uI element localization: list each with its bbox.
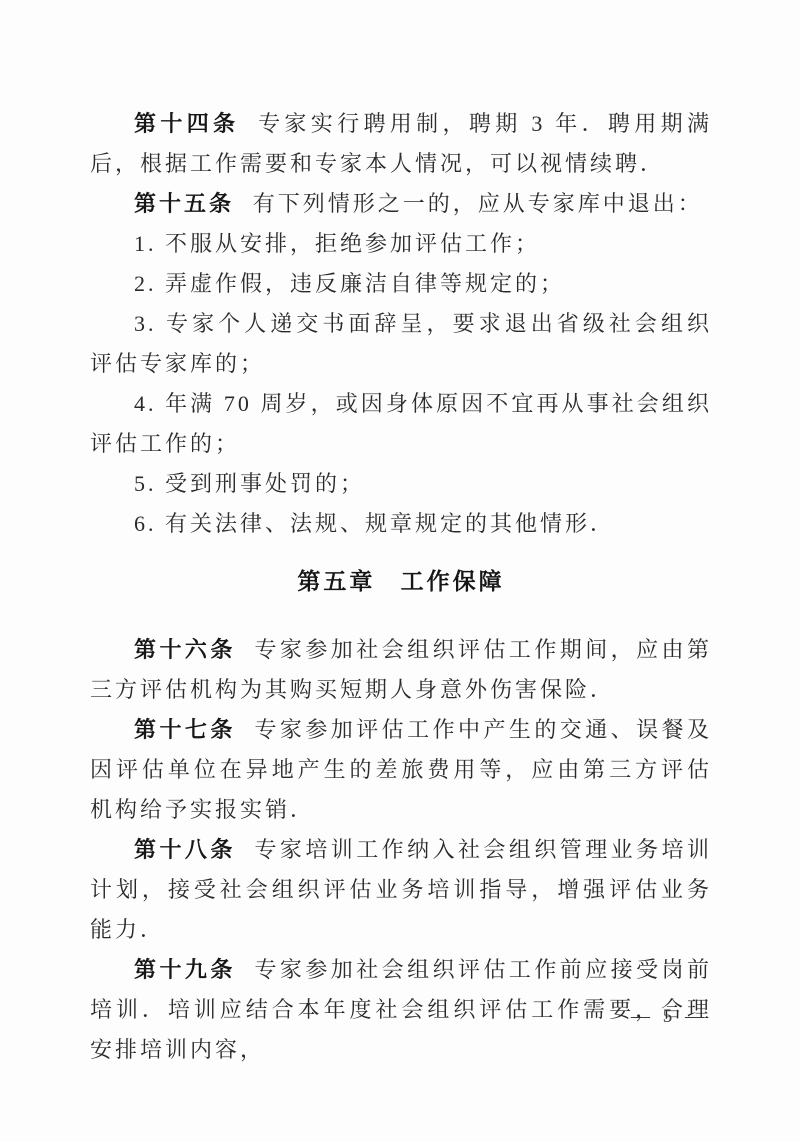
article-label: 第十八条 [134,837,236,862]
document-content: 第十四条专家实行聘用制，聘期 3 年．聘用期满后，根据工作需要和专家本人情况，可… [90,104,712,1070]
list-item: 1. 不服从安排，拒绝参加评估工作； [90,224,712,264]
list-item: 5. 受到刑事处罚的； [90,464,712,504]
article-label: 第十四条 [134,111,239,136]
article-label: 第十六条 [134,637,236,662]
article-paragraph-19: 第十九条专家参加社会组织评估工作前应接受岗前培训．培训应结合本年度社会组织评估工… [90,950,712,1070]
chapter-title: 工作保障 [401,569,505,594]
article-paragraph-17: 第十七条专家参加评估工作中产生的交通、误餐及因评估单位在异地产生的差旅费用等，应… [90,710,712,830]
article-paragraph-16: 第十六条专家参加社会组织评估工作期间，应由第三方评估机构为其购买短期人身意外伤害… [90,630,712,710]
article-label: 第十五条 [134,191,234,216]
article-paragraph-18: 第十八条专家培训工作纳入社会组织管理业务培训计划，接受社会组织评估业务培训指导，… [90,830,712,950]
article-label: 第十七条 [134,717,236,742]
document-page: 第十四条专家实行聘用制，聘期 3 年．聘用期满后，根据工作需要和专家本人情况，可… [0,0,800,1142]
list-item: 2. 弄虚作假，违反廉洁自律等规定的； [90,264,712,304]
article-body: 有下列情形之一的，应从专家库中退出： [253,191,703,216]
article-paragraph-15: 第十五条有下列情形之一的，应从专家库中退出： [90,184,712,224]
list-item: 3. 专家个人递交书面辞呈，要求退出省级社会组织评估专家库的； [90,304,712,384]
article-paragraph-14: 第十四条专家实行聘用制，聘期 3 年．聘用期满后，根据工作需要和专家本人情况，可… [90,104,712,184]
chapter-number: 第五章 [297,569,375,594]
page-number: — 5 — [631,1002,708,1032]
article-label: 第十九条 [134,957,236,982]
chapter-heading: 第五章工作保障 [90,562,712,602]
list-item: 4. 年满 70 周岁，或因身体原因不宜再从事社会组织评估工作的； [90,384,712,464]
list-item: 6. 有关法律、法规、规章规定的其他情形． [90,504,712,544]
